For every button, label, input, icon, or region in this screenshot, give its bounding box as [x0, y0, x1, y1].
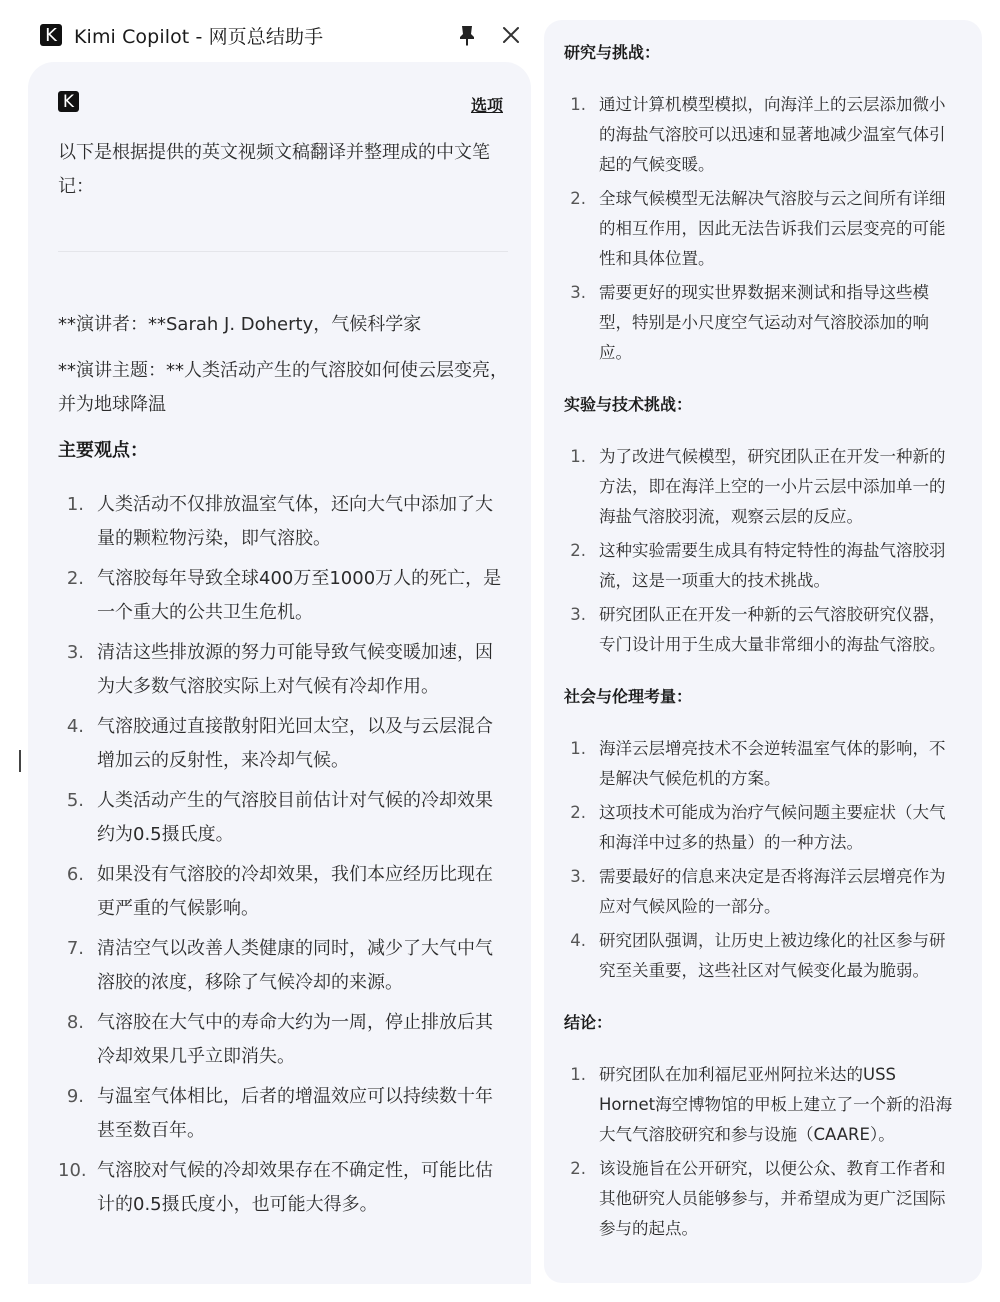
list-number: 1.: [564, 1060, 586, 1090]
pin-icon[interactable]: [458, 24, 476, 46]
list-text: 人类活动不仅排放温室气体，还向大气中添加了大量的颗粒物污染，即气溶胶。: [97, 494, 493, 549]
list-number: 7.: [58, 932, 84, 966]
list-text: 通过计算机模型模拟，向海洋上的云层添加微小的海盐气溶胶可以迅速和显著地减少温室气…: [599, 95, 946, 174]
list-number: 3.: [58, 636, 84, 670]
list-item: 3.需要最好的信息来决定是否将海洋云层增亮作为应对气候风险的一部分。: [564, 862, 954, 922]
speaker-line: **演讲者：**Sarah J. Doherty，气候科学家: [58, 308, 508, 342]
list-text: 全球气候模型无法解决气溶胶与云之间所有详细的相互作用，因此无法告诉我们云层变亮的…: [599, 189, 946, 268]
list-number: 10.: [58, 1154, 84, 1188]
list-number: 4.: [58, 710, 84, 744]
list-number: 1.: [58, 488, 84, 522]
list-item: 3.研究团队正在开发一种新的云气溶胶研究仪器，专门设计用于生成大量非常细小的海盐…: [564, 600, 954, 660]
list-number: 2.: [564, 1154, 586, 1184]
section-heading-ethics: 社会与伦理考量：: [564, 682, 954, 712]
list-item: 6.如果没有气溶胶的冷却效果，我们本应经历比现在更严重的气候影响。: [58, 858, 508, 926]
summary-panel-right: 研究与挑战： 1.通过计算机模型模拟，向海洋上的云层添加微小的海盐气溶胶可以迅速…: [544, 20, 982, 1283]
section-heading-main-points: 主要观点：: [58, 434, 508, 468]
options-link[interactable]: 选项: [471, 93, 503, 116]
experiments-list: 1.为了改进气候模型，研究团队正在开发一种新的方法，即在海洋上空的一小片云层中添…: [564, 442, 954, 660]
list-number: 2.: [58, 562, 84, 596]
list-text: 气溶胶通过直接散射阳光回太空，以及与云层混合增加云的反射性，来冷却气候。: [97, 716, 493, 771]
list-item: 2.气溶胶每年导致全球400万至1000万人的死亡，是一个重大的公共卫生危机。: [58, 562, 508, 630]
list-text: 人类活动产生的气溶胶目前估计对气候的冷却效果约为0.5摄氏度。: [97, 790, 493, 845]
kimi-logo-icon: K: [40, 24, 62, 46]
list-item: 5.人类活动产生的气溶胶目前估计对气候的冷却效果约为0.5摄氏度。: [58, 784, 508, 852]
list-item: 2.这种实验需要生成具有特定特性的海盐气溶胶羽流，这是一项重大的技术挑战。: [564, 536, 954, 596]
list-text: 海洋云层增亮技术不会逆转温室气体的影响，不是解决气候危机的方案。: [599, 739, 946, 788]
summary-panel-left: K 选项 以下是根据提供的英文视频文稿翻译并整理成的中文笔记： **演讲者：**…: [28, 62, 531, 1284]
list-item: 9.与温室气体相比，后者的增温效应可以持续数十年甚至数百年。: [58, 1080, 508, 1148]
list-item: 10.气溶胶对气候的冷却效果存在不确定性，可能比估计的0.5摄氏度小，也可能大得…: [58, 1154, 508, 1222]
list-number: 2.: [564, 536, 586, 566]
list-number: 3.: [564, 278, 586, 308]
list-number: 1.: [564, 442, 586, 472]
main-points-list: 1.人类活动不仅排放温室气体，还向大气中添加了大量的颗粒物污染，即气溶胶。 2.…: [58, 488, 508, 1222]
divider: [58, 251, 508, 252]
list-number: 6.: [58, 858, 84, 892]
list-number: 1.: [564, 734, 586, 764]
list-text: 研究团队在加利福尼亚州阿拉米达的USS Hornet海空博物馆的甲板上建立了一个…: [599, 1065, 952, 1144]
list-text: 气溶胶对气候的冷却效果存在不确定性，可能比估计的0.5摄氏度小，也可能大得多。: [97, 1160, 493, 1215]
window-titlebar: K Kimi Copilot - 网页总结助手: [40, 22, 520, 48]
close-icon[interactable]: [500, 24, 522, 46]
list-item: 3.清洁这些排放源的努力可能导致气候变暖加速，因为大多数气溶胶实际上对气候有冷却…: [58, 636, 508, 704]
summary-content: 以下是根据提供的英文视频文稿翻译并整理成的中文笔记： **演讲者：**Sarah…: [58, 136, 508, 1228]
section-heading-conclusion: 结论：: [564, 1008, 954, 1038]
list-number: 9.: [58, 1080, 84, 1114]
list-item: 8.气溶胶在大气中的寿命大约为一周，停止排放后其冷却效果几乎立即消失。: [58, 1006, 508, 1074]
list-text: 需要更好的现实世界数据来测试和指导这些模型，特别是小尺度空气运动对气溶胶添加的响…: [599, 283, 929, 362]
list-item: 4.气溶胶通过直接散射阳光回太空，以及与云层混合增加云的反射性，来冷却气候。: [58, 710, 508, 778]
list-text: 清洁空气以改善人类健康的同时，减少了大气中气溶胶的浓度，移除了气候冷却的来源。: [97, 938, 493, 993]
list-item: 4.研究团队强调，让历史上被边缘化的社区参与研究至关重要，这些社区对气候变化最为…: [564, 926, 954, 986]
section-heading-experiments: 实验与技术挑战：: [564, 390, 954, 420]
list-item: 2.该设施旨在公开研究，以便公众、教育工作者和其他研究人员能够参与，并希望成为更…: [564, 1154, 954, 1244]
window-title: Kimi Copilot - 网页总结助手: [74, 22, 323, 49]
list-text: 与温室气体相比，后者的增温效应可以持续数十年甚至数百年。: [97, 1086, 493, 1141]
list-number: 3.: [564, 862, 586, 892]
list-text: 如果没有气溶胶的冷却效果，我们本应经历比现在更严重的气候影响。: [97, 864, 493, 919]
list-text: 气溶胶每年导致全球400万至1000万人的死亡，是一个重大的公共卫生危机。: [97, 568, 501, 623]
list-text: 为了改进气候模型，研究团队正在开发一种新的方法，即在海洋上空的一小片云层中添加单…: [599, 447, 946, 526]
intro-text: 以下是根据提供的英文视频文稿翻译并整理成的中文笔记：: [58, 136, 508, 204]
list-item: 1.为了改进气候模型，研究团队正在开发一种新的方法，即在海洋上空的一小片云层中添…: [564, 442, 954, 532]
list-number: 2.: [564, 798, 586, 828]
list-item: 2.这项技术可能成为治疗气候问题主要症状（大气和海洋中过多的热量）的一种方法。: [564, 798, 954, 858]
list-text: 需要最好的信息来决定是否将海洋云层增亮作为应对气候风险的一部分。: [599, 867, 946, 916]
list-item: 1.人类活动不仅排放温室气体，还向大气中添加了大量的颗粒物污染，即气溶胶。: [58, 488, 508, 556]
summary-content-continued: 研究与挑战： 1.通过计算机模型模拟，向海洋上的云层添加微小的海盐气溶胶可以迅速…: [564, 38, 954, 1266]
list-text: 这种实验需要生成具有特定特性的海盐气溶胶羽流，这是一项重大的技术挑战。: [599, 541, 946, 590]
ethics-list: 1.海洋云层增亮技术不会逆转温室气体的影响，不是解决气候危机的方案。 2.这项技…: [564, 734, 954, 986]
list-text: 气溶胶在大气中的寿命大约为一周，停止排放后其冷却效果几乎立即消失。: [97, 1012, 493, 1067]
list-number: 8.: [58, 1006, 84, 1040]
list-number: 4.: [564, 926, 586, 956]
conclusion-list: 1.研究团队在加利福尼亚州阿拉米达的USS Hornet海空博物馆的甲板上建立了…: [564, 1060, 954, 1244]
research-list: 1.通过计算机模型模拟，向海洋上的云层添加微小的海盐气溶胶可以迅速和显著地减少温…: [564, 90, 954, 368]
list-number: 5.: [58, 784, 84, 818]
list-text: 清洁这些排放源的努力可能导致气候变暖加速，因为大多数气溶胶实际上对气候有冷却作用…: [97, 642, 493, 697]
section-heading-research: 研究与挑战：: [564, 38, 954, 68]
list-item: 3.需要更好的现实世界数据来测试和指导这些模型，特别是小尺度空气运动对气溶胶添加…: [564, 278, 954, 368]
list-number: 3.: [564, 600, 586, 630]
list-number: 1.: [564, 90, 586, 120]
list-item: 1.海洋云层增亮技术不会逆转温室气体的影响，不是解决气候危机的方案。: [564, 734, 954, 794]
list-item: 2.全球气候模型无法解决气溶胶与云之间所有详细的相互作用，因此无法告诉我们云层变…: [564, 184, 954, 274]
list-text: 研究团队强调，让历史上被边缘化的社区参与研究至关重要，这些社区对气候变化最为脆弱…: [599, 931, 946, 980]
list-text: 研究团队正在开发一种新的云气溶胶研究仪器，专门设计用于生成大量非常细小的海盐气溶…: [599, 605, 946, 654]
list-item: 7.清洁空气以改善人类健康的同时，减少了大气中气溶胶的浓度，移除了气候冷却的来源…: [58, 932, 508, 1000]
kimi-avatar-icon: K: [58, 91, 79, 112]
list-text: 这项技术可能成为治疗气候问题主要症状（大气和海洋中过多的热量）的一种方法。: [599, 803, 946, 852]
text-cursor: [19, 750, 21, 772]
list-item: 1.研究团队在加利福尼亚州阿拉米达的USS Hornet海空博物馆的甲板上建立了…: [564, 1060, 954, 1150]
list-item: 1.通过计算机模型模拟，向海洋上的云层添加微小的海盐气溶胶可以迅速和显著地减少温…: [564, 90, 954, 180]
panel-header: K 选项: [58, 91, 503, 113]
list-number: 2.: [564, 184, 586, 214]
list-text: 该设施旨在公开研究，以便公众、教育工作者和其他研究人员能够参与，并希望成为更广泛…: [599, 1159, 946, 1238]
topic-line: **演讲主题：**人类活动产生的气溶胶如何使云层变亮，并为地球降温: [58, 354, 508, 422]
